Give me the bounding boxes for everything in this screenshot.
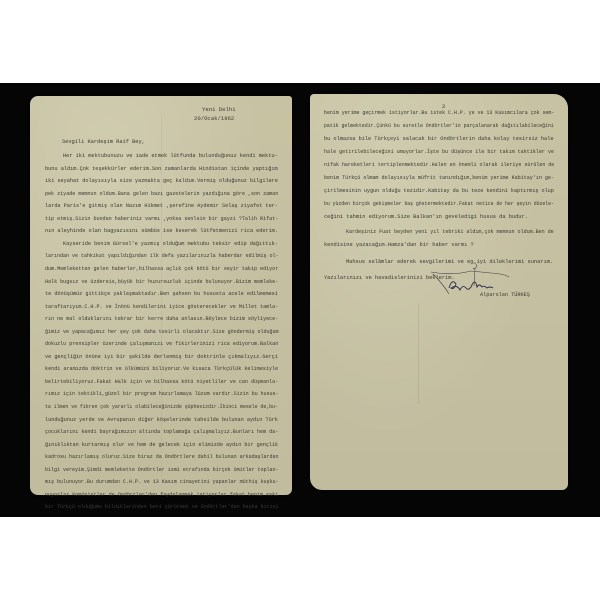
text-line: patik gelmektedir.Çünkü bu suretle Ondör… — [324, 123, 554, 129]
letter-salutation: Sevgili Kardeşim Raif Bey, — [62, 139, 145, 145]
letter-page-1: Yeni Delhi 20/Ocak/1962 Sevgili Kardeşim… — [30, 96, 292, 495]
signatory-name: Alparslan TÜRKEŞ — [480, 292, 530, 298]
text-line: bu olmazsa bile Türkçeyi salacak bir Ond… — [324, 136, 553, 142]
letter-date: 20/Ocak/1962 — [194, 116, 234, 122]
text-line: Her iki mektubunuzu ve iade etmek lütfun… — [63, 153, 278, 159]
text-line: benim Türkçü olmam dolayısıyla müfrit ta… — [324, 175, 554, 181]
text-line: kendisine yazacağım.Hamza'dan bir haber … — [324, 242, 474, 248]
letter-place: Yeni Delhi — [202, 107, 236, 113]
text-line: bir Türkçü olduğumu bildiklerinden beni … — [45, 504, 279, 510]
text-line: mış bulunuyor.Bu durumdan C.H.P. ve 13 K… — [45, 479, 279, 485]
text-line: nifak hareketleri tertiplenmektedir.Hale… — [324, 162, 554, 168]
letter-page-2: 2 benim yerime geçirmek istiyorlar.Bu is… — [310, 94, 568, 490]
text-line: Kayseride benim Gürsel'e yazmış olduğum … — [63, 241, 278, 247]
page-number: 2 — [442, 103, 445, 110]
paper-fold — [418, 304, 419, 404]
paper-fold — [161, 116, 162, 476]
text-line: nuyorlar.Komünistler de Ondörtler'den fa… — [45, 492, 278, 498]
text-line: benim yerime geçirmek istiyorlar.Bu iste… — [324, 110, 554, 116]
text-line: ceğini tahmin ediyorum.Size Balkan'ın ge… — [324, 214, 528, 220]
text-line: bu yüzden birçok gekişmeler baş gösterme… — [324, 201, 554, 207]
text-line: çirilmesinin uygun olduğu tezidir.Kabita… — [324, 188, 554, 194]
text-line: Kardeşiniz Fuat beyden yeni yıl tebriki … — [346, 229, 554, 235]
text-line: hale getirilebileceğini umuyorlar.İşte b… — [324, 149, 554, 155]
